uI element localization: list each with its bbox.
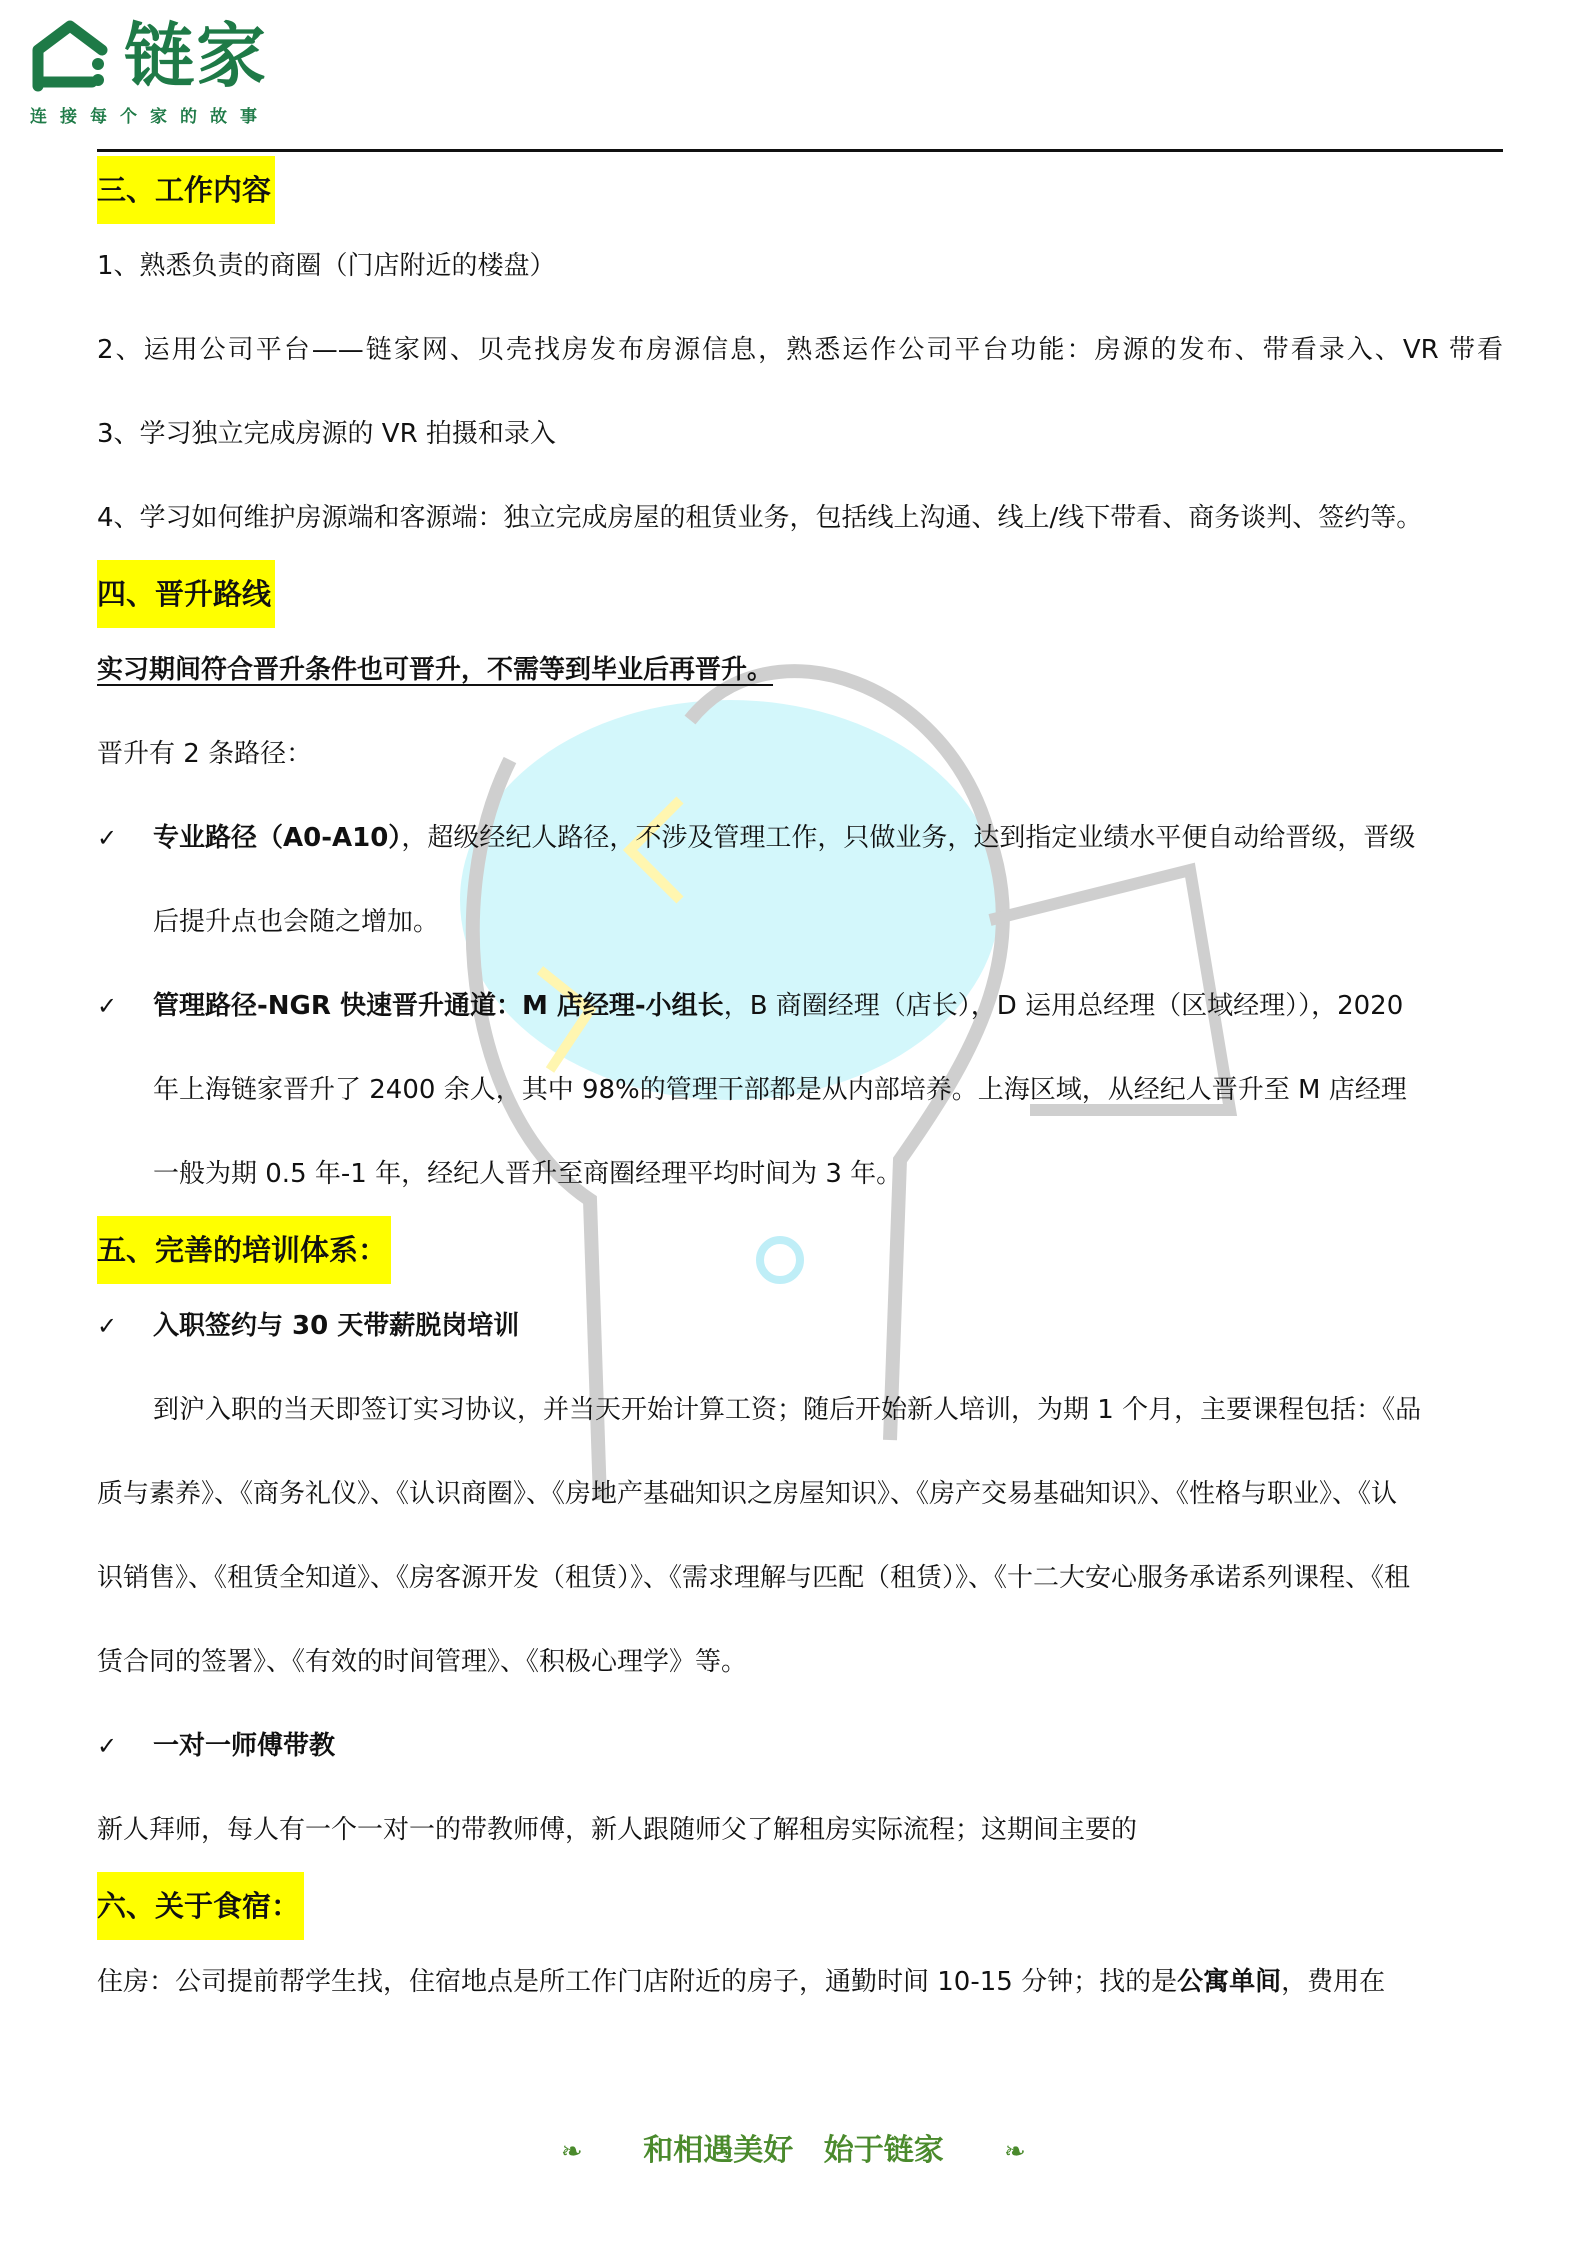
training-text: 赁合同的签署》、《有效的时间管理》、《积极心理学》等。 xyxy=(97,1620,1503,1704)
path-item: ✓ 专业路径（A0-A10），超级经纪人路径，不涉及管理工作，只做业务，达到指定… xyxy=(97,796,1503,880)
path-title: 专业路径（A0-A10） xyxy=(153,823,401,853)
lodging-text: 住房：公司提前帮学生找，住宿地点是所工作门店附近的房子，通勤时间 10-15 分… xyxy=(97,1940,1503,2024)
section-title-training: 五、完善的培训体系： xyxy=(97,1216,391,1284)
work-item: 1、熟悉负责的商圈（门店附近的楼盘） xyxy=(97,224,1503,308)
check-icon: ✓ xyxy=(97,964,117,1048)
path-text: ，超级经纪人路径，不涉及管理工作，只做业务，达到指定业绩水平便自动给晋级，晋级 xyxy=(401,823,1415,853)
brand-slogan: 连接每个家的故事 xyxy=(30,102,270,127)
path-text: 一般为期 0.5 年-1 年，经纪人晋升至商圈经理平均时间为 3 年。 xyxy=(97,1132,1503,1216)
ornament-right-icon: ❧ xyxy=(1004,2137,1026,2167)
training-sub-title: 入职签约与 30 天带薪脱岗培训 xyxy=(153,1311,519,1341)
training-sub: ✓ 入职签约与 30 天带薪脱岗培训 xyxy=(97,1284,1503,1368)
check-icon: ✓ xyxy=(97,1704,117,1788)
promotion-intro: 晋升有 2 条路径： xyxy=(97,712,1503,796)
training-sub: ✓ 一对一师傅带教 xyxy=(97,1704,1503,1788)
check-icon: ✓ xyxy=(97,796,117,880)
work-item: 2、运用公司平台——链家网、贝壳找房发布房源信息，熟悉运作公司平台功能：房源的发… xyxy=(97,308,1503,392)
section-title-lodging: 六、关于食宿： xyxy=(97,1872,304,1940)
brand-logo: 链家 连接每个家的故事 xyxy=(30,16,270,127)
footer-right: 始于链家 xyxy=(824,2133,944,2168)
training-text: 质与素养》、《商务礼仪》、《认识商圈》、《房地产基础知识之房屋知识》、《房产交易… xyxy=(97,1452,1503,1536)
section-title-work: 三、工作内容 xyxy=(97,156,275,224)
section-title-promotion: 四、晋升路线 xyxy=(97,560,275,628)
document-body: 三、工作内容 1、熟悉负责的商圈（门店附近的楼盘） 2、运用公司平台——链家网、… xyxy=(97,152,1503,2024)
training-sub-title: 一对一师傅带教 xyxy=(153,1731,335,1761)
training-text: 到沪入职的当天即签订实习协议，并当天开始计算工资；随后开始新人培训，为期 1 个… xyxy=(97,1368,1503,1452)
work-item: 3、学习独立完成房源的 VR 拍摄和录入 xyxy=(97,392,1503,476)
training-text: 新人拜师，每人有一个一对一的带教师傅，新人跟随师父了解租房实际流程；这期间主要的 xyxy=(97,1788,1503,1872)
path-item: ✓ 管理路径-NGR 快速晋升通道：M 店经理-小组长，B 商圈经理（店长），D… xyxy=(97,964,1503,1048)
path-text: 年上海链家晋升了 2400 余人，其中 98%的管理干部都是从内部培养。上海区域… xyxy=(97,1048,1503,1132)
lodging-pre: 住房：公司提前帮学生找，住宿地点是所工作门店附近的房子，通勤时间 10-15 分… xyxy=(97,1967,1177,1997)
house-logo-icon xyxy=(30,20,116,92)
work-item: 4、学习如何维护房源端和客源端：独立完成房屋的租赁业务，包括线上沟通、线上/线下… xyxy=(97,476,1503,560)
check-icon: ✓ xyxy=(97,1284,117,1368)
lodging-bold: 公寓单间 xyxy=(1177,1967,1281,1997)
training-text: 识销售》、《租赁全知道》、《房客源开发（租赁）》、《需求理解与匹配（租赁）》、《… xyxy=(97,1536,1503,1620)
ornament-left-icon: ❧ xyxy=(561,2137,583,2167)
path-text: ，B 商圈经理（店长），D 运用总经理（区域经理）），2020 xyxy=(724,991,1404,1021)
promotion-note: 实习期间符合晋升条件也可晋升，不需等到毕业后再晋升。 xyxy=(97,655,773,685)
brand-name: 链家 xyxy=(124,16,268,96)
footer-left: 和相遇美好 xyxy=(643,2133,793,2168)
path-title: 管理路径-NGR 快速晋升通道：M 店经理-小组长 xyxy=(153,991,724,1021)
footer-slogan: ❧ 和相遇美好 始于链家 ❧ xyxy=(0,2125,1587,2169)
lodging-post: ，费用在 xyxy=(1281,1967,1385,1997)
path-text: 后提升点也会随之增加。 xyxy=(97,880,1503,964)
